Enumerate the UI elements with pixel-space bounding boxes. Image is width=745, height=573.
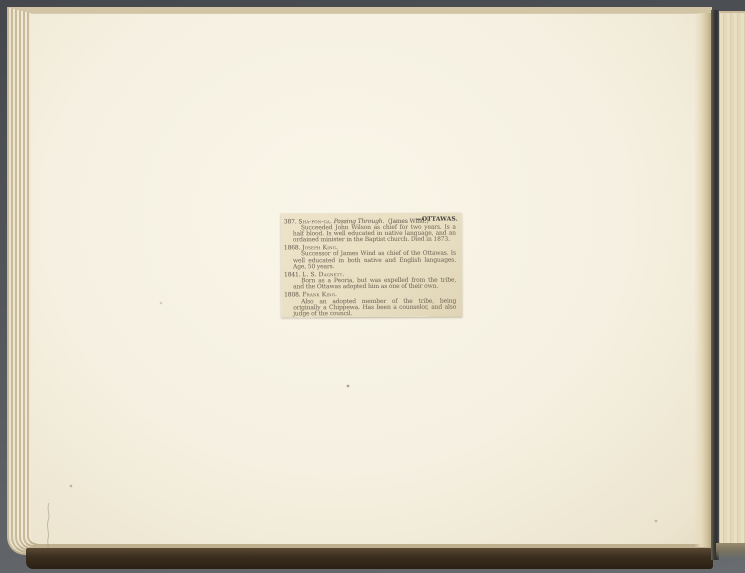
pasted-clipping: —OTTAWAS. 387. Sha-pon-ga. Passing Throu… [281,213,462,318]
clipping-entry: 1868. Joseph King. Successor of James Wi… [281,245,462,271]
clipping-entry: 1808. Frank King. Also an adopted member… [281,292,462,318]
clipping-entry: 1841. L. S. Dagnett. Born as a Peoria, b… [281,271,462,291]
entry-number: 1808. [284,292,300,299]
gutter-shadow [711,10,719,560]
facing-page-bottom-shadow [716,543,745,559]
pencil-annotation [42,501,55,549]
entry-number: 1868. [284,244,300,251]
facing-page-fore-edge [719,11,745,546]
entry-description: Also an adopted member of the tribe, bei… [293,298,456,317]
entry-description: Successor of James Wind as chief of the … [293,251,456,271]
paper-specks [0,0,2,2]
page-curl-shading [694,13,712,547]
entry-description: Born as a Peoria, but was expelled from … [293,278,456,291]
entry-number: 387. [284,218,297,225]
entry-number: 1841. [284,271,300,278]
book-cover-edge [26,548,713,569]
tribe-label: —OTTAWAS. [416,217,458,223]
entry-description: Succeeded John Wilson as chief for two y… [293,224,456,244]
photo-backdrop: —OTTAWAS. 387. Sha-pon-ga. Passing Throu… [0,0,745,573]
